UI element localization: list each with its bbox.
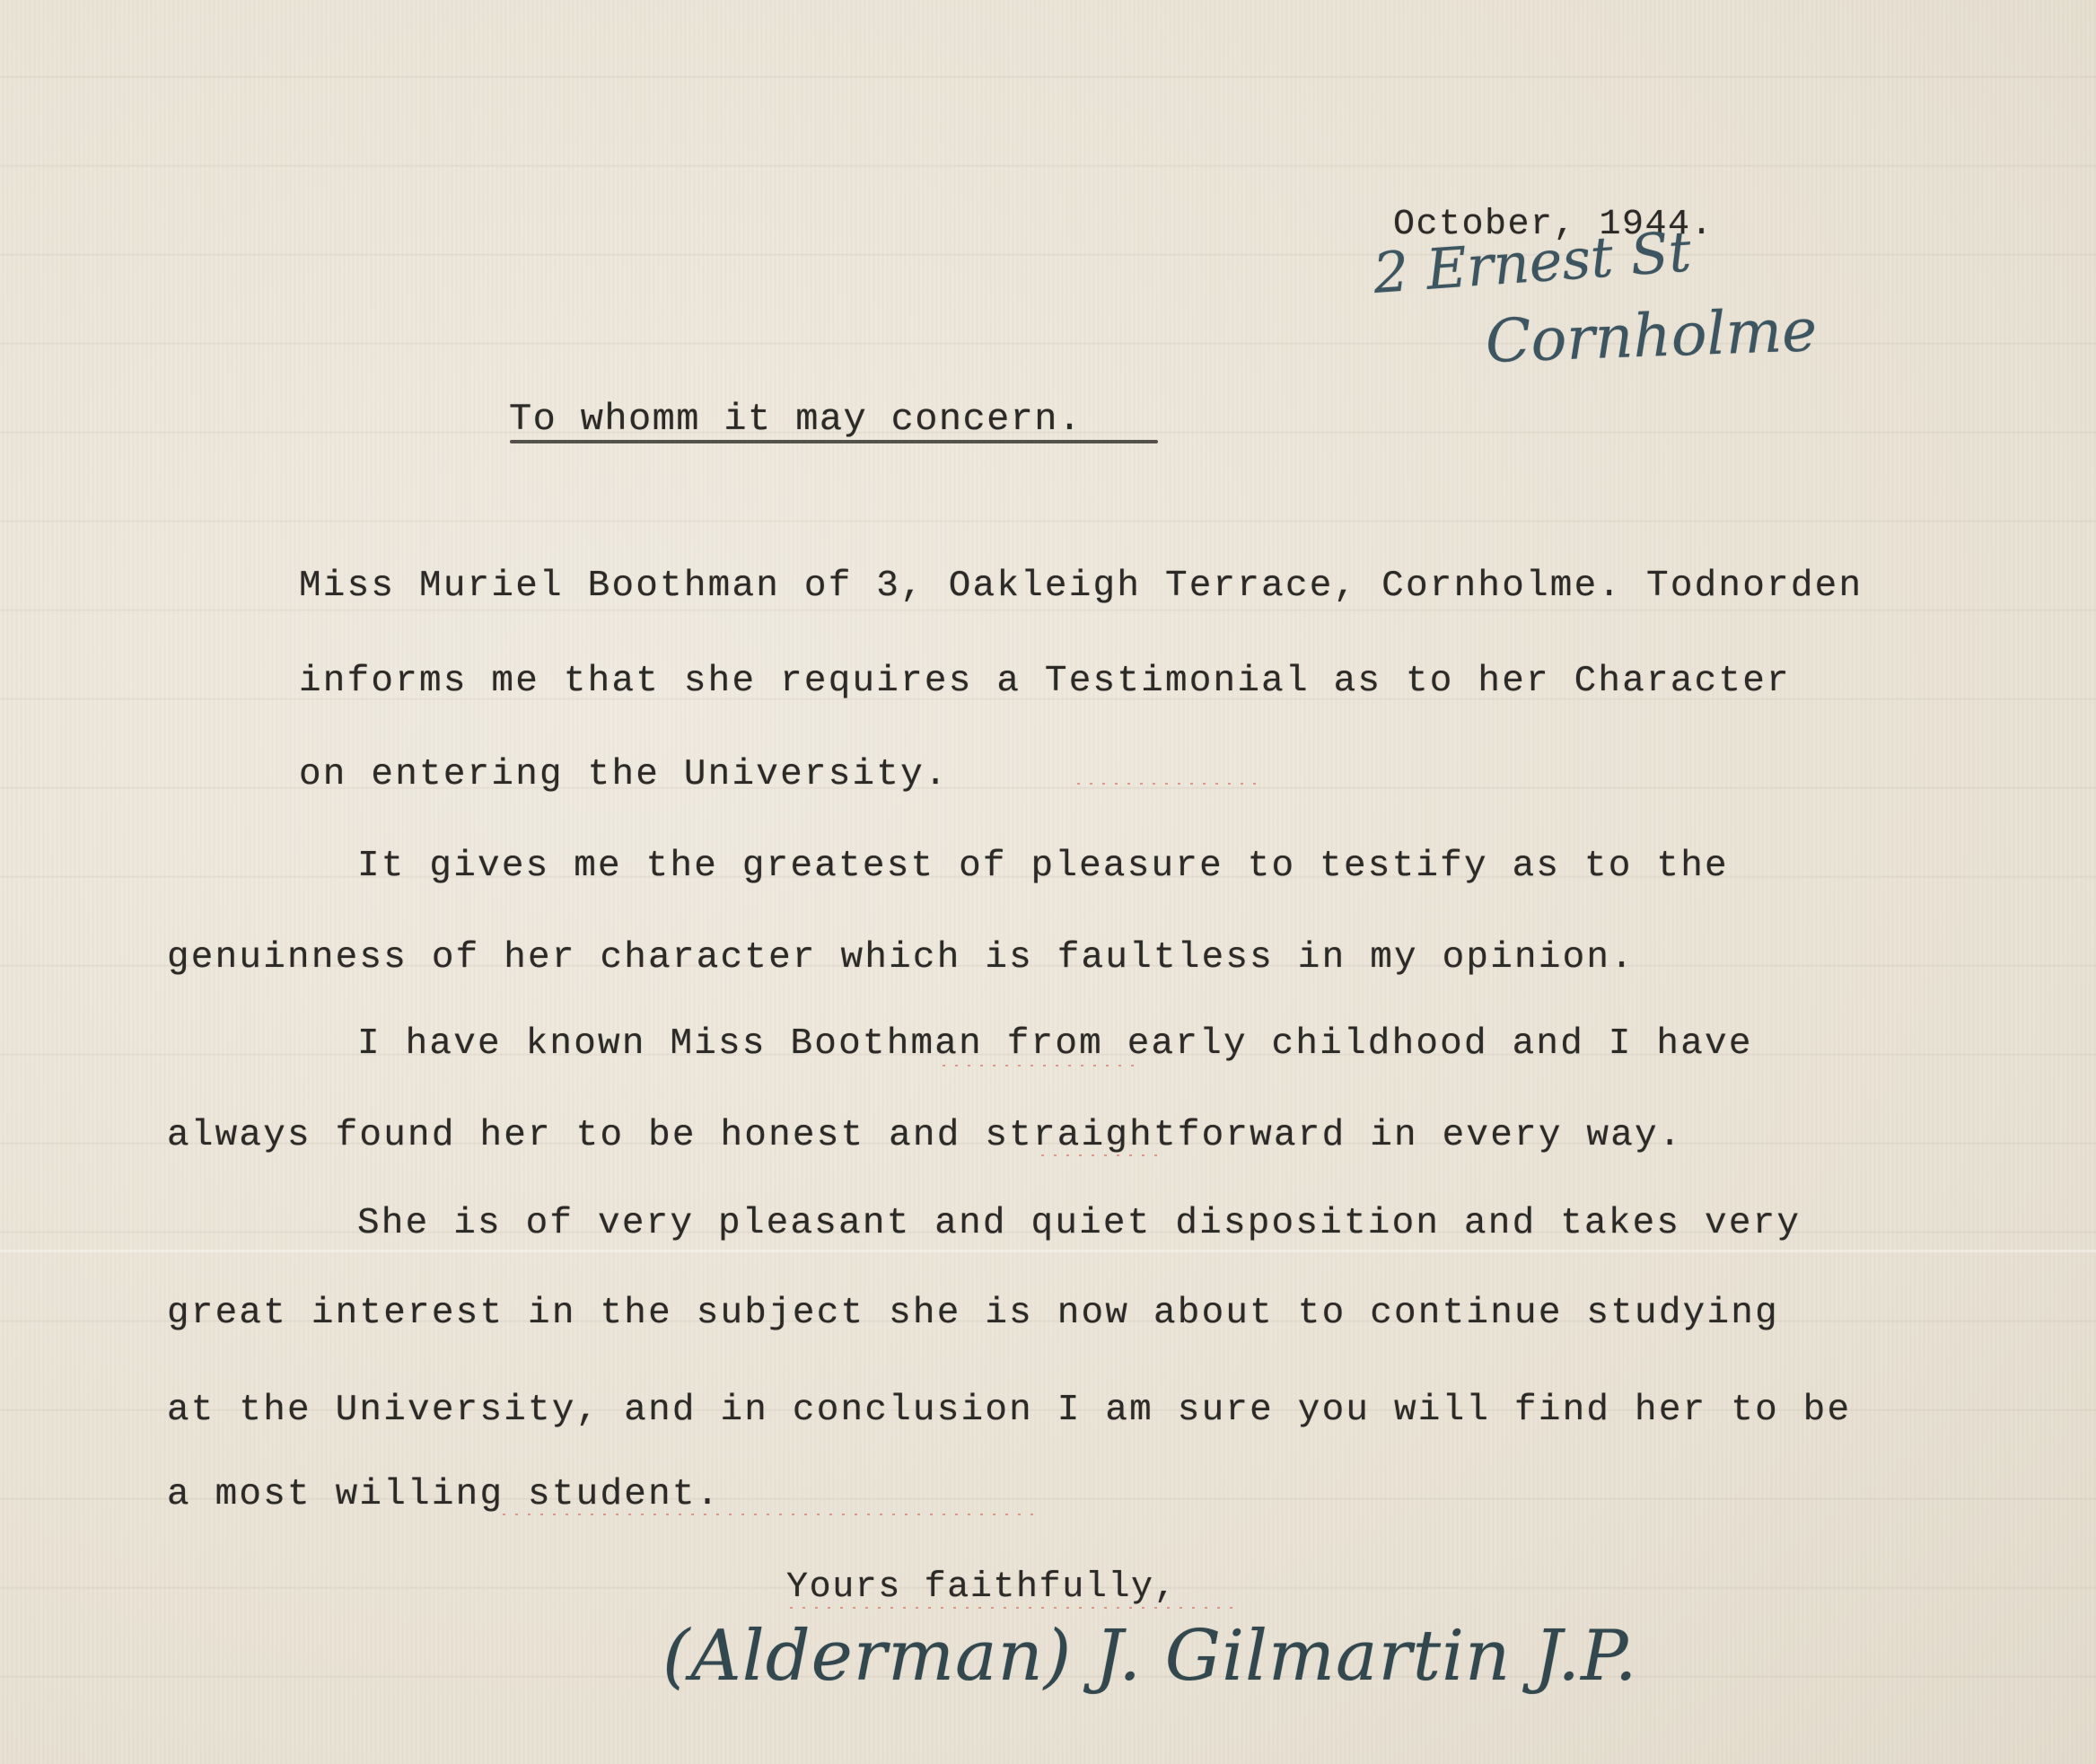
paper-fold-line: [0, 1250, 2096, 1252]
body-line: I have known Miss Boothman from early ch…: [357, 1022, 1753, 1066]
body-line: great interest in the subject she is now…: [167, 1291, 1779, 1336]
body-line: on entering the University.: [299, 752, 949, 797]
handwritten-address-line-2: Cornholme: [1485, 295, 1819, 376]
salutation: To whomm it may concern.: [509, 397, 1083, 442]
red-ribbon-mark: [1077, 783, 1257, 785]
salutation-underline: [510, 440, 1158, 443]
body-line: She is of very pleasant and quiet dispos…: [357, 1201, 1801, 1246]
body-line: a most willing student.: [167, 1472, 721, 1517]
red-ribbon-mark: [943, 1065, 1140, 1066]
signature: (Alderman) J. Gilmartin J.P.: [662, 1616, 1638, 1697]
letter-paper: October, 1944. 2 Ernest St Cornholme To …: [0, 0, 2096, 1764]
red-ribbon-mark: [1041, 1154, 1167, 1156]
body-line: informs me that she requires a Testimoni…: [299, 659, 1791, 704]
closing: Yours faithfully,: [786, 1566, 1177, 1610]
red-ribbon-mark: [503, 1514, 1041, 1515]
body-line: at the University, and in conclusion I a…: [167, 1388, 1851, 1433]
body-line: Miss Muriel Boothman of 3, Oakleigh Terr…: [299, 564, 1863, 609]
body-line: genuinness of her character which is fau…: [167, 935, 1635, 980]
body-line: always found her to be honest and straig…: [167, 1113, 1683, 1158]
body-line: It gives me the greatest of pleasure to …: [357, 844, 1729, 889]
